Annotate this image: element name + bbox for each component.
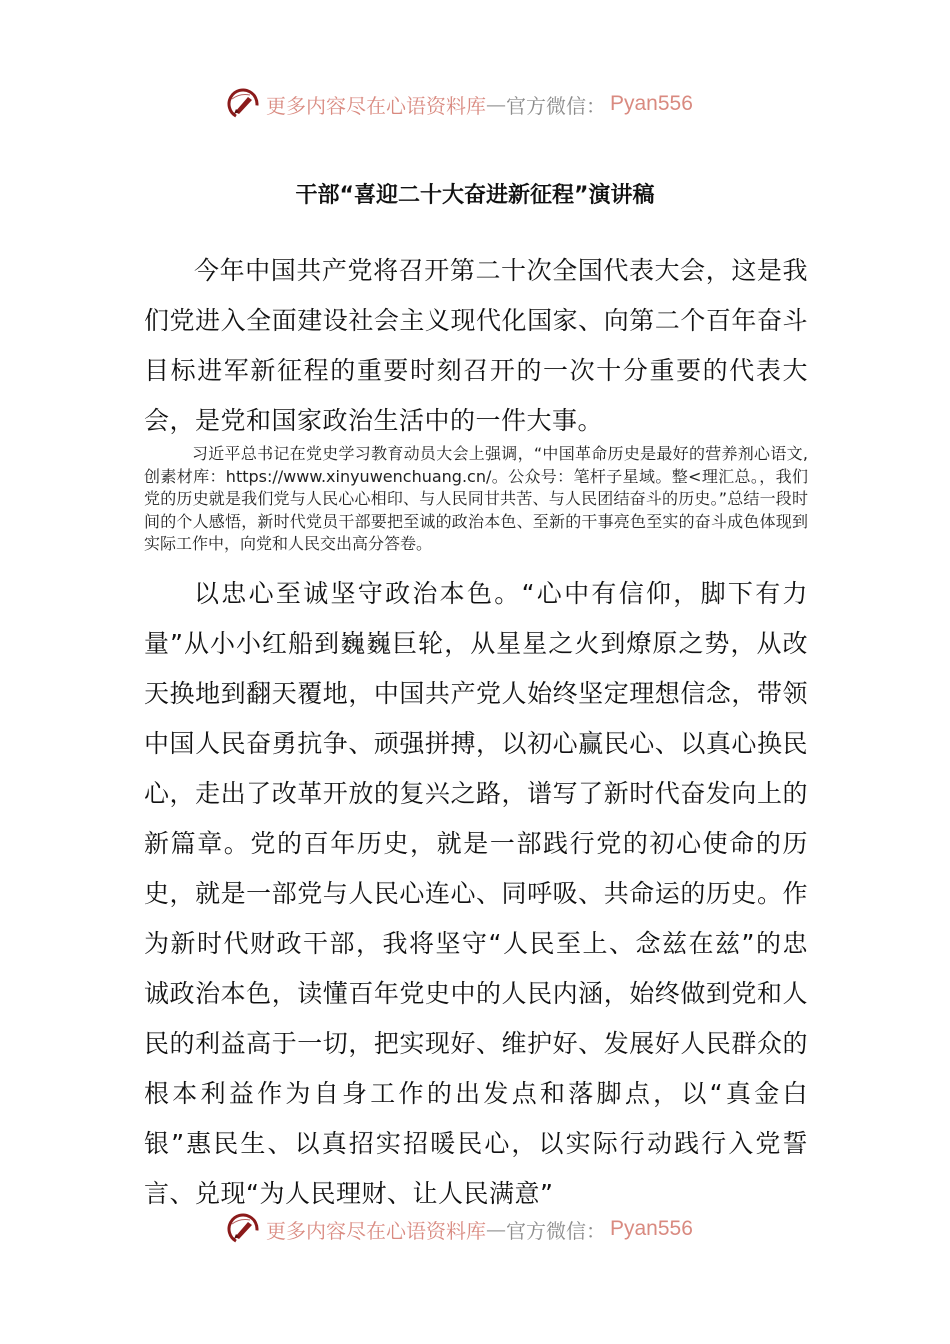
- paragraph-quote: 习近平总书记在党史学习教育动员大会上强调，“中国革命历史是最好的营养剂心语文,创…: [144, 443, 808, 556]
- paragraph-loyalty: 以忠心至诚坚守政治本色。“心中有信仰，脚下有力量”从小小红船到巍巍巨轮，从星星之…: [144, 569, 808, 1219]
- banner-wechat-label: 官方微信：: [506, 1215, 606, 1244]
- paragraph-intro: 今年中国共产党将召开第二十次全国代表大会，这是我们党进入全面建设社会主义现代化国…: [144, 246, 808, 446]
- document-title: 干部“喜迎二十大奋进新征程”演讲稿: [0, 178, 950, 209]
- banner-wechat-id: Pyan556: [610, 1217, 693, 1241]
- banner-brand-text: 更多内容尽在心语资料库: [266, 90, 486, 119]
- quill-pen-logo-icon: [226, 1212, 260, 1246]
- banner-separator: —: [486, 92, 506, 116]
- quill-pen-logo-icon: [226, 87, 260, 121]
- banner-brand-text: 更多内容尽在心语资料库: [266, 1215, 486, 1244]
- header-banner: 更多内容尽在心语资料库 — 官方微信： Pyan556: [226, 84, 693, 124]
- footer-banner: 更多内容尽在心语资料库 — 官方微信： Pyan556: [226, 1209, 693, 1249]
- banner-wechat-id: Pyan556: [610, 92, 693, 116]
- banner-wechat-label: 官方微信：: [506, 90, 606, 119]
- banner-separator: —: [486, 1217, 506, 1241]
